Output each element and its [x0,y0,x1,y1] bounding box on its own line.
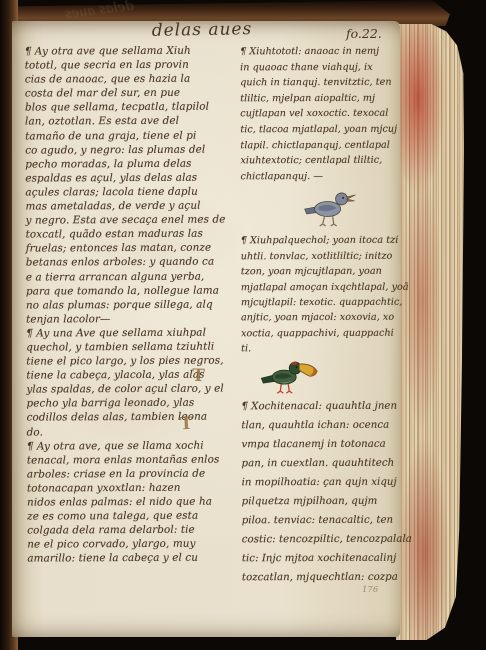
manuscript-line: cias de anaoac, que es hazia la [25,72,237,87]
folio-number: fo.22. [346,26,382,41]
left-column-spanish-text: ¶ Ay otra ave que sellama Xiuhtototl, qu… [25,43,240,566]
manuscript-line: tototl, que secria en las provin [25,58,237,73]
manuscript-line: costic: tencozpiltic, tencozpalala [242,529,400,549]
running-title: delas aues [142,19,262,41]
manuscript-line: ze es como una talega, que esta [27,509,239,524]
manuscript-line: piloa. tenviac: tenacaltic, ten [242,510,400,530]
manuscript-line: co agudo, y negro: las plumas del [25,142,237,157]
manuscript-line: ¶ Ay una Ave que sellama xiuhpal [26,325,238,340]
nahuatl-paragraph-xiuhpalquechol: ¶ Xiuhpalquechol; yoan itoca tziuhtli. t… [241,233,399,357]
manuscript-line: tiene el pico largo, y los pies negros, [26,354,238,369]
book-fore-edge-pages [396,24,464,640]
manuscript-line: vmpa tlacanemj in totonaca [241,434,399,454]
manuscript-line: uhtli. tonvlac, xotlitliltic; initzo [241,248,399,264]
manuscript-line: colgada dela rama delarbol: tie [27,523,239,538]
bird-illustration-toucan [241,356,399,397]
manuscript-line: ¶ Xochitenacal: quauhtla jnen [241,396,399,416]
manuscript-line: in mopilhoatia: çan qujn xiquj [242,472,400,492]
right-column-nahuatl-text: ¶ Xiuhtototl: anaoac in nemjin quaoac th… [240,44,400,587]
manuscript-line: pilquetza mjpilhoan, qujm [242,491,400,511]
fore-edge-red-streaks [396,24,464,640]
bird-illustration-gray-bird [241,184,399,234]
manuscript-line: espaldas es açul, ylas delas alas [25,170,237,185]
manuscript-line: quich in tianquj. tenvitztic, ten [240,75,398,91]
manuscript-line: arboles: criase en la provincia de [27,466,239,481]
gray-bird-drawing [301,187,359,229]
manuscript-line: pecho yla barriga leonado, ylas [26,396,238,411]
ink-mark: T [179,414,193,435]
manuscript-line: amarillo: tiene la cabeça y el cu [27,551,239,566]
pencil-page-number: 176 [362,585,378,595]
toucan-drawing [259,357,321,395]
manuscript-line: mas ametaladas, de verde y açul [25,198,237,213]
manuscript-line: totonacapan yxoxtlan: hazen [27,480,239,495]
manuscript-line: tliltic, mjelpan aiopaltic, mj [240,91,398,107]
manuscript-line: tzon, yoan mjcujtlapan, yoan [241,264,399,280]
manuscript-line: pan, in cuextlan. quauhtitech [241,453,399,473]
manuscript-line: para que tomando la, nollegue lama [26,283,238,298]
ink-mark: T [192,366,205,386]
manuscript-line: toxcatl, quãdo estan maduras las [26,227,238,242]
manuscript-line: ¶ Ay otra ave, que se llama xochi [27,438,239,453]
manuscript-line: ¶ Xiuhpalquechol; yoan itoca tzi [241,233,399,249]
manuscript-line: ¶ Ay otra ave que sellama Xiuh [25,43,237,58]
manuscript-line: tic, tlacoa mjatlapal, yoan mjcuj [240,122,398,138]
manuscript-line: y negro. Esta ave secaça enel mes de [26,213,238,228]
manuscript-line: nidos enlas palmas: el nido que ha [27,494,239,509]
manuscript-line: lan, oztotlan. Es esta ave del [25,114,237,129]
manuscript-line: do. [27,424,239,439]
manuscript-line: ne el pico corvado, ylargo, muy [27,537,239,552]
manuscript-line: tlapil. chictlapanquj, centlapal [240,137,398,153]
manuscript-line: ylas spaldas, de color açul claro, y el [26,382,238,397]
manuscript-line: quechol, y tambien sellama tziuhtli [26,339,238,354]
manuscript-line: tozcatlan, mjquechtlan: cozpa [242,567,400,587]
manuscript-line: anjtic, yoan mjacol: xoxovia, xo [241,310,399,326]
nahuatl-paragraph-xochitenacal: ¶ Xochitenacal: quauhtla jnentlan, quauh… [241,396,400,587]
manuscript-line: tenjan lacolor— [26,311,238,326]
manuscript-line: tic: Injc mjtoa xochitenacalinj [242,548,400,568]
nahuatl-paragraph-xiuhtototl: ¶ Xiuhtototl: anaoac in nemjin quaoac th… [240,44,398,185]
manuscript-line: no alas plumas: porque sillega, alq [26,297,238,312]
manuscript-line: cujtlapan vel xoxoctic. texocal [240,106,398,122]
manuscript-line: pecho moradas, la pluma delas [25,156,237,171]
manuscript-line: blos que sellama, tecpatla, tlapilol [25,100,237,115]
manuscript-line: betanas enlos arboles: y quando ca [26,255,238,270]
manuscript-line: mjcujtlapil: texotic. quappachtic, [241,295,399,311]
manuscript-line: ti. [241,341,399,357]
manuscript-line: tenacal, mora enlas montañas enlos [27,452,239,467]
manuscript-line: ¶ Xiuhtototl: anaoac in nemj [240,44,398,60]
manuscript-line: tamaño de una graja, tiene el pi [25,128,237,143]
manuscript-line: fruelas; entonces las matan, conze [26,241,238,256]
manuscript-line: e a tierra arrancan alguna yerba, [26,269,238,284]
manuscript-line: codillos delas alas, tambien leona [27,410,239,425]
manuscript-line: xoctia, quappachivi, quappachi [241,326,399,342]
manuscript-line: açules claras; lacola tiene daplu [25,184,237,199]
manuscript-line: tiene la cabeça, ylacola, ylas alas [26,368,238,383]
manuscript-photo: delas aues delas aues fo.22. ¶ Ay otra a… [0,0,486,650]
manuscript-line: tlan, quauhtla ichan: ocenca [241,415,399,435]
manuscript-line: xiuhtextotic; centlapal tliltic, [240,153,398,169]
manuscript-line: in quaoac thane viahquj, ix [240,59,398,75]
manuscript-line: chictlapanquj. — [240,168,398,184]
manuscript-line: costa del mar del sur, en pue [25,86,237,101]
manuscript-line: mjatlapal amoçan ixqchtlapal, yoã [241,279,399,295]
